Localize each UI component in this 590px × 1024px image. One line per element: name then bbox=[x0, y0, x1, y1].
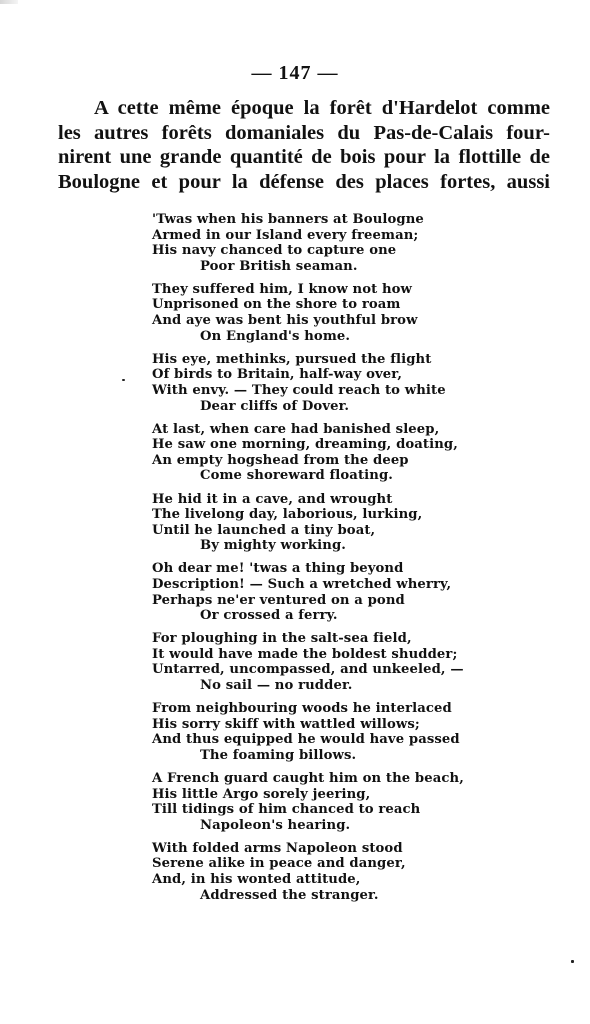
poem-line: He saw one morning, dreaming, doating, bbox=[152, 437, 464, 453]
prose-line: les autres forêts domaniales du Pas-de-C… bbox=[58, 121, 550, 146]
poem-stanza: From neighbouring woods he interlaced Hi… bbox=[152, 701, 464, 763]
poem-line: With folded arms Napoleon stood bbox=[152, 841, 464, 857]
poem-line: Perhaps ne'er ventured on a pond bbox=[152, 593, 464, 609]
poem-line: The livelong day, laborious, lurking, bbox=[152, 507, 464, 523]
prose-line: nirent une grande quantité de bois pour … bbox=[58, 145, 550, 170]
poem-line: Serene alike in peace and danger, bbox=[152, 856, 464, 872]
poem-stanza: A French guard caught him on the beach, … bbox=[152, 771, 464, 833]
poem-line: Oh dear me! 'twas a thing beyond bbox=[152, 561, 464, 577]
poem-refrain-line: Napoleon's hearing. bbox=[152, 818, 464, 834]
poem-line: For ploughing in the salt-sea field, bbox=[152, 631, 464, 647]
poem-refrain-line: Or crossed a ferry. bbox=[152, 608, 464, 624]
poem-line: Description! — Such a wretched wherry, bbox=[152, 577, 464, 593]
poem-stanza: He hid it in a cave, and wrought The liv… bbox=[152, 492, 464, 554]
poem-line: They suffered him, I know not how bbox=[152, 282, 464, 298]
scan-speck bbox=[571, 960, 574, 963]
poem-line: Armed in our Island every freeman; bbox=[152, 228, 464, 244]
poem-line: He hid it in a cave, and wrought bbox=[152, 492, 464, 508]
poem-line: And aye was bent his youthful brow bbox=[152, 313, 464, 329]
poem-line: His sorry skiff with wattled willows; bbox=[152, 717, 464, 733]
poem-refrain-line: Come shoreward floating. bbox=[152, 468, 464, 484]
poem-refrain-line: Addressed the stranger. bbox=[152, 888, 464, 904]
poem-refrain-line: On England's home. bbox=[152, 329, 464, 345]
poem-line: Unprisoned on the shore to roam bbox=[152, 297, 464, 313]
poem-line: His eye, methinks, pursued the flight bbox=[152, 352, 464, 368]
poem-stanza: With folded arms Napoleon stood Serene a… bbox=[152, 841, 464, 903]
poem-stanza: At last, when care had banished sleep, H… bbox=[152, 422, 464, 484]
poem-line: 'Twas when his banners at Boulogne bbox=[152, 212, 464, 228]
poem-line: Until he launched a tiny boat, bbox=[152, 523, 464, 539]
poem-line: His little Argo sorely jeering, bbox=[152, 787, 464, 803]
scan-speck bbox=[122, 379, 125, 381]
scan-corner-smudge bbox=[0, 0, 18, 4]
prose-line: A cette même époque la forêt d'Hardelot … bbox=[58, 96, 550, 121]
poem-stanza: For ploughing in the salt-sea field, It … bbox=[152, 631, 464, 693]
poem-stanza: 'Twas when his banners at Boulogne Armed… bbox=[152, 212, 464, 274]
poem-line: His navy chanced to capture one bbox=[152, 243, 464, 259]
poem-line: An empty hogshead from the deep bbox=[152, 453, 464, 469]
poem-line: At last, when care had banished sleep, bbox=[152, 422, 464, 438]
poem-stanza: His eye, methinks, pursued the flight Of… bbox=[152, 352, 464, 414]
poem-line: Untarred, uncompassed, and unkeeled, — bbox=[152, 662, 464, 678]
prose-line: Boulogne et pour la défense des places f… bbox=[58, 170, 550, 195]
poem-refrain-line: No sail — no rudder. bbox=[152, 678, 464, 694]
poem-line: A French guard caught him on the beach, bbox=[152, 771, 464, 787]
poem-line: From neighbouring woods he interlaced bbox=[152, 701, 464, 717]
poem-line: And, in his wonted attitude, bbox=[152, 872, 464, 888]
prose-paragraph: A cette même époque la forêt d'Hardelot … bbox=[58, 96, 550, 194]
poem-line: It would have made the boldest shudder; bbox=[152, 647, 464, 663]
poem-line: With envy. — They could reach to white bbox=[152, 383, 464, 399]
poem-stanza: Oh dear me! 'twas a thing beyond Descrip… bbox=[152, 561, 464, 623]
poem-refrain-line: The foaming billows. bbox=[152, 748, 464, 764]
poem: 'Twas when his banners at Boulogne Armed… bbox=[152, 212, 464, 911]
poem-refrain-line: Poor British seaman. bbox=[152, 259, 464, 275]
poem-line: Till tidings of him chanced to reach bbox=[152, 802, 464, 818]
poem-refrain-line: Dear cliffs of Dover. bbox=[152, 399, 464, 415]
poem-line: Of birds to Britain, half-way over, bbox=[152, 367, 464, 383]
poem-stanza: They suffered him, I know not how Unpris… bbox=[152, 282, 464, 344]
page-number: — 147 — bbox=[0, 62, 590, 85]
poem-line: And thus equipped he would have passed bbox=[152, 732, 464, 748]
poem-refrain-line: By mighty working. bbox=[152, 538, 464, 554]
